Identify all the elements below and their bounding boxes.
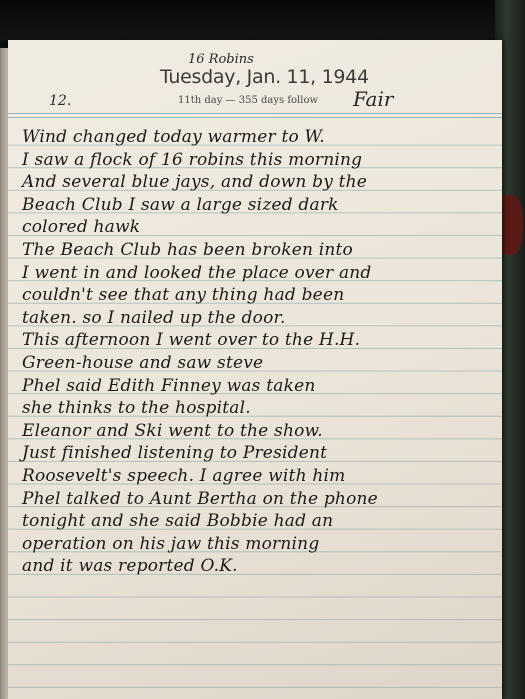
page-date-title: Tuesday, Jan. 11, 1944 bbox=[160, 66, 369, 88]
entry-line: The Beach Club has been broken into bbox=[22, 239, 492, 262]
entry-line: taken. so I nailed up the door. bbox=[22, 307, 492, 330]
entry-line: colored hawk bbox=[22, 216, 492, 239]
entry-line: operation on his jaw this morning bbox=[22, 533, 492, 556]
photo-background-top bbox=[0, 0, 525, 42]
entry-line: Wind changed today warmer to W. bbox=[22, 126, 492, 149]
margin-note: 16 Robins bbox=[188, 52, 254, 67]
diary-page: 16 Robins Tuesday, Jan. 11, 1944 11th da… bbox=[8, 40, 502, 699]
page-number: 12. bbox=[49, 93, 71, 109]
entry-line: Beach Club I saw a large sized dark bbox=[22, 194, 492, 217]
day-count: 11th day — 355 days follow bbox=[178, 95, 318, 106]
entry-line: And several blue jays, and down by the bbox=[22, 171, 492, 194]
entry-line: Roosevelt's speech. I agree with him bbox=[22, 465, 492, 488]
entry-line: Just finished listening to President bbox=[22, 442, 492, 465]
entry-line: couldn't see that any thing had been bbox=[22, 284, 492, 307]
entry-line: tonight and she said Bobbie had an bbox=[22, 510, 492, 533]
entry-line: Eleanor and Ski went to the show. bbox=[22, 420, 492, 443]
entry-line: and it was reported O.K. bbox=[22, 555, 492, 578]
header-divider bbox=[8, 113, 502, 118]
weather-note: Fair bbox=[353, 87, 393, 111]
entry-line: Phel talked to Aunt Bertha on the phone bbox=[22, 488, 492, 511]
entry-line: she thinks to the hospital. bbox=[22, 397, 492, 420]
diary-entry: Wind changed today warmer to W. I saw a … bbox=[22, 126, 492, 578]
entry-line: This afternoon I went over to the H.H. bbox=[22, 329, 492, 352]
entry-line: I went in and looked the place over and bbox=[22, 262, 492, 285]
entry-line: Green-house and saw steve bbox=[22, 352, 492, 375]
entry-line: I saw a flock of 16 robins this morning bbox=[22, 149, 492, 172]
page-header: 16 Robins Tuesday, Jan. 11, 1944 11th da… bbox=[8, 40, 502, 113]
entry-line: Phel said Edith Finney was taken bbox=[22, 375, 492, 398]
page-stack-edge bbox=[0, 48, 8, 699]
